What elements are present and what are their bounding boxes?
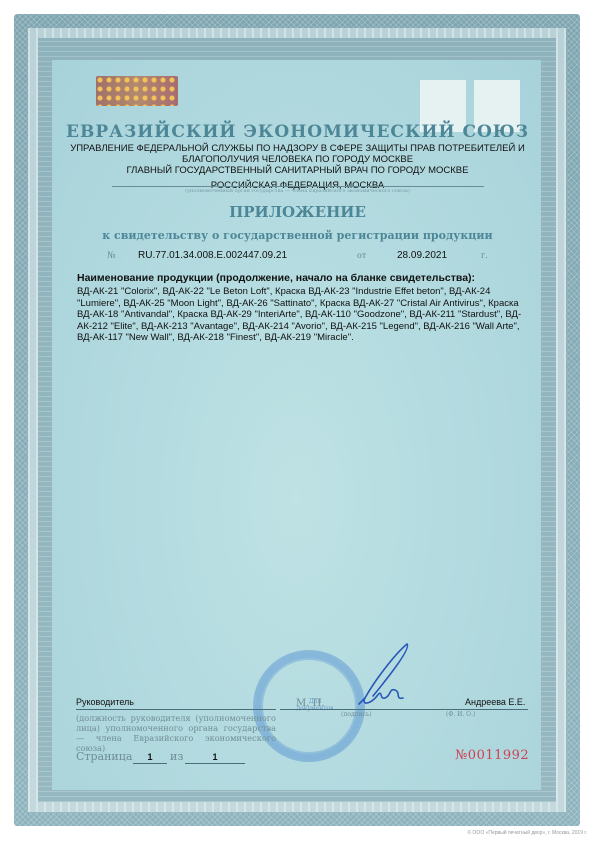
products-heading: Наименование продукции (продолжение, нач… [77, 272, 475, 284]
page-label: Страница [76, 750, 132, 763]
serial-number: №0011992 [455, 748, 529, 763]
certificate-date: 28.09.2021 [397, 250, 447, 261]
signature-icon [355, 640, 415, 710]
appendix-subtitle: к свидетельству о государственной регист… [0, 229, 595, 242]
signer-name: Андреева Е.Е. [465, 697, 525, 707]
page-total: 1 [185, 752, 245, 764]
from-label: от [357, 251, 366, 260]
position-line [76, 709, 276, 710]
position-caption: (должность руководителя (уполномоченного… [76, 713, 276, 753]
authority-line: БЛАГОПОЛУЧИЯ ЧЕЛОВЕКА ПО ГОРОДУ МОСКВЕ [60, 154, 535, 165]
year-suffix: г. [481, 251, 488, 260]
page-current: 1 [133, 752, 167, 764]
appendix-title: ПРИЛОЖЕНИЕ [0, 203, 595, 221]
union-title: ЕВРАЗИЙСКИЙ ЭКОНОМИЧЕСКИЙ СОЮЗ [0, 122, 595, 142]
signature-caption: (подпись) [341, 711, 372, 718]
authority-line: УПРАВЛЕНИЕ ФЕДЕРАЛЬНОЙ СЛУЖБЫ ПО НАДЗОРУ… [60, 143, 535, 154]
of-label: из [170, 750, 183, 763]
stamp-place-label: М. П. [296, 698, 325, 709]
country-caption: (уполномоченный орган государства — член… [0, 188, 595, 194]
issuing-authority: УПРАВЛЕНИЕ ФЕДЕРАЛЬНОЙ СЛУЖБЫ ПО НАДЗОРУ… [60, 143, 535, 176]
certificate-number: RU.77.01.34.008.E.002447.09.21 [138, 250, 287, 261]
head-label: Руководитель [76, 697, 134, 707]
authority-line: ГЛАВНЫЙ ГОСУДАРСТВЕННЫЙ САНИТАРНЫЙ ВРАЧ … [60, 165, 535, 176]
number-label: № [107, 251, 116, 261]
fio-caption: (Ф. И. О.) [446, 711, 475, 718]
country-underline [112, 186, 484, 187]
printer-note: © ООО «Первый печатный двор», г. Москва,… [467, 830, 587, 836]
products-list: ВД-АК-21 "Colorix", ВД-АК-22 "Le Beton L… [77, 286, 525, 344]
hologram-icon [96, 76, 178, 106]
signature-line [280, 709, 528, 710]
